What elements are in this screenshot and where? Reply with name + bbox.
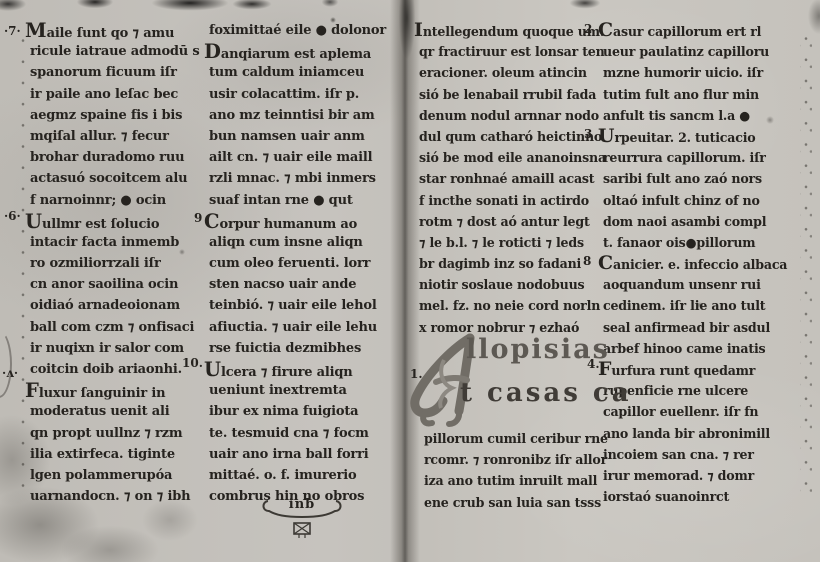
manuscript-text-line: tum caldum iniamceu (209, 62, 397, 83)
manuscript-text-line: rotm ⁊ dost aó antur legt (419, 211, 601, 232)
manuscript-text-line: spanorum ficuum iſr (30, 62, 206, 83)
manuscript-text-line: oltaó infult chinz of no (603, 190, 807, 211)
manuscript-text-line: bun namsen uair anm (209, 126, 397, 147)
manuscript-text-line: t. fanaor ois●pillorum (603, 232, 807, 253)
manuscript-text-line: star ronhnaé amaill acast (419, 168, 601, 189)
manuscript-text-line: Canicier. e. infeccio albaca (603, 253, 807, 274)
manuscript-photo: Maile ſunt qo ⁊ amuricule iatraue admodū… (0, 0, 820, 562)
manuscript-text-line: anfult tis sancm l.a ● (603, 105, 807, 126)
margin-arc-mark (0, 330, 12, 398)
manuscript-text-line: ball com czm ⁊ onfisaci (30, 317, 206, 338)
manuscript-text-line: foximittaé eile ● dolonor (209, 20, 397, 41)
gutter-number: 9 (194, 211, 202, 225)
manuscript-text-line: f incthe sonati in actirdo (419, 190, 601, 211)
manuscript-text-line: mzne humorir uicio. iſr (603, 62, 807, 83)
manuscript-text-line: teinbió. ⁊ uair eile lehol (209, 295, 397, 316)
right-page-column-1-lower: pillorum cumil ceribur rnercomr. ⁊ ronro… (424, 428, 606, 513)
right-page-column-2: Casur capillorum ert rlueur paulatinz ca… (603, 20, 807, 507)
manuscript-text-line: sten nacso uair ande (209, 274, 397, 295)
manuscript-text-line: uair ano irna ball forri (209, 444, 397, 465)
manuscript-text-line: ir paile ano leſac bec (30, 84, 206, 105)
manuscript-text-line: arbef hinoo came inatis (603, 338, 807, 359)
manuscript-text-line: Danqiarum est aplema (209, 41, 397, 62)
manuscript-text-line: cedinem. iſr lie ano tult (603, 295, 807, 316)
manuscript-text-line: dul qum catharó heictinno (419, 126, 601, 147)
manuscript-text-line: suaf intan rne ● qut (209, 190, 397, 211)
manuscript-text-line: iza ano tutim inruilt mall (424, 470, 606, 491)
manuscript-text-line: sió be mod eile ananoinsna (419, 147, 601, 168)
manuscript-text-line: cn anor saoilina ocin (30, 274, 206, 295)
manuscript-text-line: ilia extirfeca. tiginte (30, 444, 206, 465)
manuscript-text-line: ailt cn. ⁊ uair eile maill (209, 147, 397, 168)
chapter-heading: llopisias t casas ca (408, 330, 608, 430)
manuscript-text-line: rupenficie rne ulcere (603, 380, 807, 401)
manuscript-text-line: coitcin doib ariaonhi. (30, 359, 206, 380)
manuscript-text-line: rcomr. ⁊ ronronibz iſr allor (424, 449, 606, 470)
manuscript-text-line: ueur paulatinz capilloru (603, 41, 807, 62)
book-gutter-shadow-top (396, 0, 418, 90)
manuscript-text-line: Casur capillorum ert rl (603, 20, 807, 41)
manuscript-text-line: Intellegendum quoque um. (419, 20, 601, 41)
manuscript-text-line: rzli mnac. ⁊ mbi inmers (209, 168, 397, 189)
manuscript-text-line: ricule iatraue admodū s (30, 41, 206, 62)
manuscript-text-line: mel. fz. no neie cord norln (419, 295, 601, 316)
manuscript-text-line: qn propt uullnz ⁊ rzm (30, 423, 206, 444)
manuscript-text-line: actasuó socoitcem alu (30, 168, 206, 189)
manuscript-text-line: seal anfirmead bir asdul (603, 317, 807, 338)
manuscript-text-line: aegmz spaine fis i bis (30, 105, 206, 126)
manuscript-text-line: tutim fult ano flur min (603, 84, 807, 105)
manuscript-text-line: f narnoinnr; ● ocin (30, 190, 206, 211)
left-margin-prick-dots (20, 30, 26, 490)
manuscript-text-line: niotir soslaue nodobuus (419, 274, 601, 295)
manuscript-text-line: usir colacattim. iſr p. (209, 84, 397, 105)
manuscript-text-line: Corpur humanum ao (209, 211, 397, 232)
manuscript-text-line: Furfura runt quedamr (603, 359, 807, 380)
catchword-text: inb (252, 497, 352, 512)
left-page-column-2: foximittaé eile ● dolonorDanqiarum est a… (209, 20, 397, 507)
right-page-column-1-upper: Intellegendum quoque um.qr fractiruur es… (419, 20, 601, 338)
manuscript-text-line: mqiſal allur. ⁊ fecur (30, 126, 206, 147)
manuscript-text-line: intacir facta inmemb (30, 232, 206, 253)
manuscript-text-line: ene crub san luia san tsss (424, 492, 606, 513)
manuscript-text-line: iorstaó suanoinrct (603, 486, 807, 507)
manuscript-text-line: qr fractiruur est lonsar ten (419, 41, 601, 62)
manuscript-text-line: Ulcera ⁊ firure aliqn (209, 359, 397, 380)
manuscript-text-line: rse fuictia dezmibhes (209, 338, 397, 359)
margin-number: ·7· (4, 24, 21, 38)
margin-number: ·ʌ· (2, 366, 18, 380)
manuscript-text-line: afiuctia. ⁊ uair eile lehu (209, 317, 397, 338)
gutter-number: 10. (182, 356, 203, 370)
manuscript-text-line: br dagimb inz so fadani (419, 253, 601, 274)
manuscript-text-line: Urpeuitar. 2. tuticacio (603, 126, 807, 147)
manuscript-text-line: brohar duradomo ruu (30, 147, 206, 168)
manuscript-text-line: oidiaó arnadeoionam (30, 295, 206, 316)
gutter-number: 2 (584, 22, 592, 36)
manuscript-text-line: incoiem san cna. ⁊ rer (603, 444, 807, 465)
manuscript-text-line: pillorum cumil ceribur rne (424, 428, 606, 449)
manuscript-text-line: sió be lenabail rrubil fada (419, 84, 601, 105)
gutter-number: 8 (583, 254, 591, 268)
left-page-column-1: Maile ſunt qo ⁊ amuricule iatraue admodū… (30, 20, 206, 507)
manuscript-text-line: uarnandocn. ⁊ on ⁊ ibh (30, 486, 206, 507)
catchword-ornament: inb (252, 495, 352, 543)
manuscript-text-line: Maile ſunt qo ⁊ amu (30, 20, 206, 41)
manuscript-text-line: ano landa bir abronimill (603, 423, 807, 444)
manuscript-text-line: ibur ex nima fuigiota (209, 401, 397, 422)
manuscript-text-line: moderatus uenit ali (30, 401, 206, 422)
manuscript-text-line: lgen polammerupóa (30, 465, 206, 486)
manuscript-text-line: aliqn cum insne aliqn (209, 232, 397, 253)
manuscript-text-line: ano mz teinntisi bir am (209, 105, 397, 126)
manuscript-text-line: denum nodul arnnar nodo (419, 105, 601, 126)
manuscript-text-line: ueniunt inextremta (209, 380, 397, 401)
manuscript-text-line: dom naoi asambi compl (603, 211, 807, 232)
margin-number: ·6· (4, 209, 21, 223)
manuscript-text-line: saribi fult ano zaó nors (603, 168, 807, 189)
manuscript-text-line: capillor euellenr. iſr fn (603, 401, 807, 422)
manuscript-text-line: Uullmr est ſolucio (30, 211, 206, 232)
gutter-number: 3 (584, 127, 592, 141)
manuscript-text-line: ⁊ le b.l. ⁊ le roticti ⁊ leds (419, 232, 601, 253)
manuscript-text-line: mittaé. o. f. imurerio (209, 465, 397, 486)
manuscript-text-line: eracioner. oleum atincin (419, 62, 601, 83)
manuscript-text-line: ir nuqixn ir salor com (30, 338, 206, 359)
manuscript-text-line: te. tesmuid cna ⁊ focm (209, 423, 397, 444)
heading-display-line-2: t casas ca (460, 378, 632, 408)
manuscript-text-line: Fluxur ſanguinir in (30, 380, 206, 401)
manuscript-text-line: ro ozmiliorrzali iſr (30, 253, 206, 274)
manuscript-text-line: cum oleo feruenti. lorr (209, 253, 397, 274)
manuscript-text-line: aoquandum unsenr rui (603, 274, 807, 295)
heading-display-line-1: llopisias (466, 334, 610, 365)
manuscript-text-line: reurrura capillorum. iſr (603, 147, 807, 168)
manuscript-text-line: irur memorad. ⁊ domr (603, 465, 807, 486)
